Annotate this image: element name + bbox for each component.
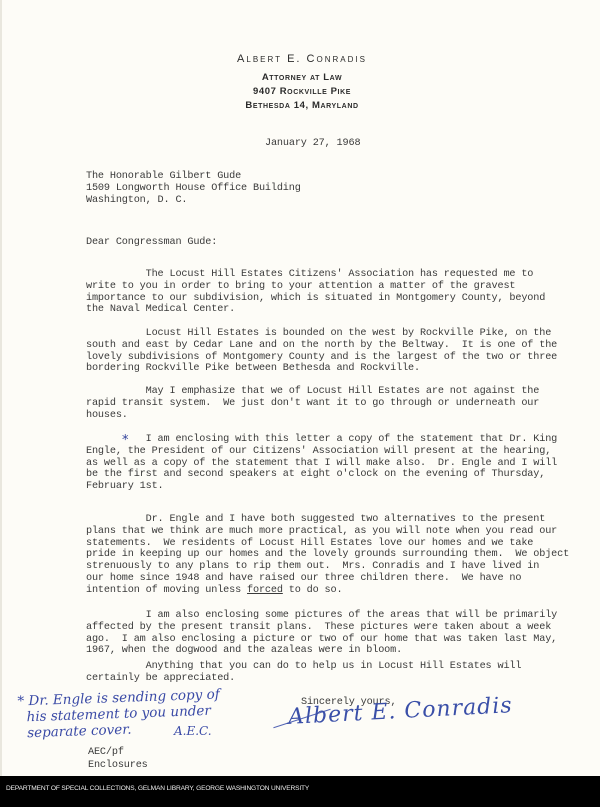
paragraph-1: The Locust Hill Estates Citizens' Associ…	[86, 269, 545, 316]
salutation: Dear Congressman Gude:	[86, 237, 217, 249]
paragraph-5-text: Dr. Engle and I have both suggested two …	[86, 514, 569, 596]
enclosures-label: Enclosures	[88, 760, 148, 772]
paragraph-7: Anything that you can do to help us in L…	[86, 661, 521, 685]
recipient-line-3: Washington, D. C.	[86, 195, 187, 206]
reference-initials: AEC/pf	[88, 747, 124, 759]
paragraph-4: I am enclosing with this letter a copy o…	[86, 434, 557, 493]
recipient-line-2: 1509 Longworth House Office Building	[86, 183, 301, 194]
footer-credit: DEPARTMENT OF SPECIAL COLLECTIONS, GELMA…	[6, 785, 309, 792]
paragraph-5-end: to do so.	[283, 585, 343, 596]
paragraph-3: May I emphasize that we of Locust Hill E…	[86, 386, 539, 421]
letter-date: January 27, 1968	[265, 138, 360, 150]
paragraph-5: Dr. Engle and I have both suggested two …	[86, 514, 569, 597]
recipient-address: The Honorable Gilbert Gude 1509 Longwort…	[86, 171, 301, 206]
letterhead-title: Attorney at Law	[2, 72, 600, 83]
paragraph-2: Locust Hill Estates is bounded on the we…	[86, 328, 557, 375]
paragraph-6: I am also enclosing some pictures of the…	[86, 610, 557, 657]
archive-footer: DEPARTMENT OF SPECIAL COLLECTIONS, GELMA…	[0, 776, 600, 807]
letter-page: Albert E. Conradis Attorney at Law 9407 …	[0, 0, 600, 776]
underlined-word: forced	[247, 585, 283, 596]
recipient-line-1: The Honorable Gilbert Gude	[86, 171, 241, 182]
letterhead-city: Bethesda 14, Maryland	[2, 100, 600, 111]
handwritten-initials: A.E.C.	[174, 724, 212, 738]
letterhead-street: 9407 Rockville Pike	[2, 86, 600, 97]
letterhead-name: Albert E. Conradis	[2, 53, 600, 65]
